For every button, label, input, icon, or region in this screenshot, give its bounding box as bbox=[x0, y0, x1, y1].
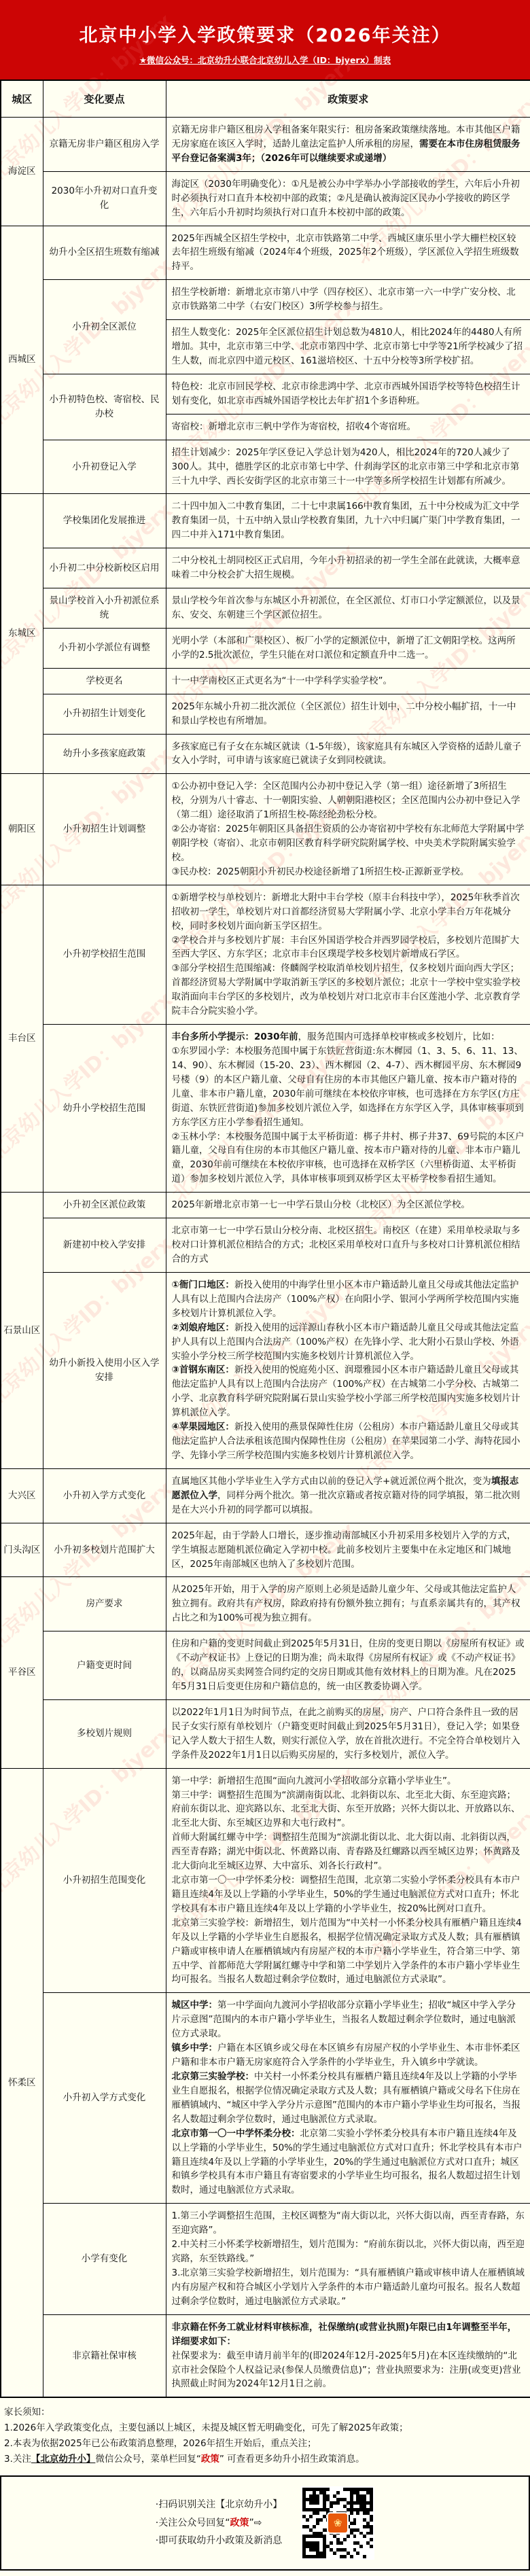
change-point-cell: 小升初二中分校新校区启用 bbox=[43, 548, 166, 588]
note-item: 2.本表为依据2025年已公布政策消息整理，2026年招生开始后，重点关注； bbox=[4, 2436, 526, 2452]
change-point-cell: 小升初招生计划变化 bbox=[43, 694, 166, 734]
change-point-cell: 小升初特色校、寄宿校、民办校 bbox=[43, 374, 166, 440]
district-cell: 西城区 bbox=[1, 226, 43, 494]
table-row: 小升初二中分校新校区启用二中分校礼士胡同校区正式启用，今年小升初招录的初一学生全… bbox=[1, 548, 530, 588]
table-row: 幼升小学校招生范围丰台多所小学提示：2030年前，服务范围内可选择单校审核或多校… bbox=[1, 1025, 530, 1193]
policy-cell: 景山学校今年首次参与东城区小升初派位，在全区派位、灯市口小学定额派位，以及景东、… bbox=[166, 588, 530, 629]
text-segment: 【北京幼升小】 bbox=[31, 2454, 96, 2465]
note-item: 3.关注【北京幼升小】微信公众号，菜单栏回复“政策” 可查看更多幼升小招生政策消… bbox=[4, 2452, 526, 2467]
change-point-cell: 2030年小升初对口直升变化 bbox=[43, 171, 166, 226]
table-row: 小升初招生计划变化2025年东城小升初二批次派位（全区派位）招生计划中，二中分校… bbox=[1, 694, 530, 734]
change-point-cell: 小升初招生计划调整 bbox=[43, 774, 166, 885]
policy-cell: 二中分校礼士胡同校区正式启用，今年小升初招录的初一学生全部在此就读，大概率意味着… bbox=[166, 548, 530, 588]
policy-cell: 招生计划减少：2025年学区登记入学总计划为420人，相比2024年的720人减… bbox=[166, 440, 530, 494]
policy-cell: 二十四中加入二中教育集团，二十七中隶属166中教育集团，五十中分校成为汇文中学教… bbox=[166, 494, 530, 548]
text-segment: ①新增学校与单校划片：新增北大附中丰台学校（原丰台科技中学），2025年秋季首次… bbox=[172, 892, 520, 1017]
text-segment: 北京市第一〇一中学怀柔分校： bbox=[172, 2128, 300, 2139]
text-segment: 城区中学： bbox=[172, 2000, 218, 2011]
policy-cell: 2025年新增北京市第一七一中学石景山分校（北校区）为全区派位学校。 bbox=[166, 1193, 530, 1218]
notes-heading: 家长须知： bbox=[4, 2405, 526, 2420]
table-row: 非京籍社保审核非京籍在怀务工就业材料审核标准，社保缴纳(或营业执照)年限已由1年… bbox=[1, 2314, 530, 2397]
policy-cell: 从2025年开始，用于入学的房产原则上必须是适龄儿童少年、父母或其他法定监护人独… bbox=[166, 1577, 530, 1631]
change-point-cell: 小升初多校划片范围扩大 bbox=[43, 1523, 166, 1577]
text-segment: 以2022年1月1日为时间节点，在此之前购买的房屋，房产、户口符合条件且一致的居… bbox=[172, 1707, 520, 1761]
page-title: 北京中小学入学政策要求（2026年关注） bbox=[7, 20, 523, 47]
text-segment: ·扫码识别关注【北京幼升小】 bbox=[156, 2499, 282, 2510]
change-point-cell: 户籍变更时间 bbox=[43, 1631, 166, 1700]
text-segment: 从2025年开始，用于入学的房产原则上必须是适龄儿童少年、父母或其他法定监护人独… bbox=[172, 1584, 520, 1623]
table-row: 多校划片规则以2022年1月1日为时间节点，在此之前购买的房屋，房产、户口符合条… bbox=[1, 1699, 530, 1768]
policy-cell: 第一中学：新增招生范围“面向九渡河小学招收部分京籍小学毕业生”。 第三中学：调整… bbox=[166, 1768, 530, 1993]
district-cell: 门头沟区 bbox=[1, 1523, 43, 1577]
change-point-cell: 幼升小全区招生班数有缩减 bbox=[43, 226, 166, 280]
text-segment: ” 可查看更多幼升小招生政策消息。 bbox=[219, 2454, 365, 2465]
title-banner: 北京中小学入学政策要求（2026年关注） ★微信公众号：北京幼升小联合北京幼儿入… bbox=[0, 0, 530, 80]
text-segment: 社保要求为：截至申请月前半年的(即2024年12月-2025年5月)在本区连续缴… bbox=[172, 2350, 521, 2390]
change-point-cell: 非京籍社保审核 bbox=[43, 2314, 166, 2397]
text-segment: 3.关注 bbox=[4, 2454, 31, 2465]
text-segment: 1.2026年入学政策变化点，主要包涵以上城区，未提及城区暂无明确变化，可先了解… bbox=[4, 2422, 408, 2433]
text-segment: ，同样分两个批次。第一批次京籍或者按京籍对待的同学填报，第二批次则是在大兴小升初… bbox=[172, 1490, 520, 1515]
text-segment: 海淀区（2030年明确变化）：①凡是被公办中学举办小学部接收的学生，六年后小升初… bbox=[172, 179, 520, 218]
table-row: 景山学校首入小升初派位系统景山学校今年首次参与东城区小升初派位，在全区派位、灯市… bbox=[1, 588, 530, 629]
policy-cell: 北京市第一七一中学石景山分校分南、北校区招生。南校区（在建）采用单校录取与多校对… bbox=[166, 1218, 530, 1273]
policy-cell: 以2022年1月1日为时间节点，在此之前购买的房屋，房产、户口符合条件且一致的居… bbox=[166, 1699, 530, 1768]
text-segment: 十一中学南校区正式更名为“十一中学科学实验学校”。 bbox=[172, 675, 393, 686]
policy-cell: 2025年东城小升初二批次派位（全区派位）招生计划中，二中分校小幅扩招，十一中和… bbox=[166, 694, 530, 734]
text-segment: 招生人数变化：2025年全区派位招生计划总数为4810人，相比2024年的448… bbox=[172, 327, 523, 366]
table-row: 小升初小学派位有调整光明小学（本部和广渠校区）、板厂小学的定额派位中，新增了汇文… bbox=[1, 628, 530, 668]
text-segment: 二十四中加入二中教育集团，二十七中隶属166中教育集团，五十中分校成为汇文中学教… bbox=[172, 501, 520, 540]
change-point-cell: 幼升小学校招生范围 bbox=[43, 1025, 166, 1193]
table-row: 户籍变更时间住房和户籍的变更时间截止到2025年5月31日，住房的变更日期以《房… bbox=[1, 1631, 530, 1700]
district-cell: 石景山区 bbox=[1, 1193, 43, 1469]
footer-line: ·扫码识别关注【北京幼升小】 bbox=[156, 2496, 282, 2514]
change-point-cell: 房产要求 bbox=[43, 1577, 166, 1631]
text-segment: ③首钢东南区： bbox=[172, 1364, 234, 1375]
policy-cell: 1.第三小学调整招生范围，主校区调整为“南大街以北，兴怀大街以南，西至青春路，东… bbox=[166, 2204, 530, 2314]
note-item: 1.2026年入学政策变化点，主要包涵以上城区，未提及城区暂无明确变化，可先了解… bbox=[4, 2420, 526, 2436]
table-header-row: 城区 变化要点 政策要求 bbox=[1, 80, 530, 118]
change-point-cell: 小升初入学方式变化 bbox=[43, 1468, 166, 1523]
district-cell: 平谷区 bbox=[1, 1577, 43, 1768]
text-segment: 镇乡中学： bbox=[172, 2043, 218, 2053]
policy-cell: 2025年西城全区招生学校中，北京市铁路第二中学、西城区康乐里小学大栅栏校区较去… bbox=[166, 226, 530, 280]
policy-cell: ①衙门口地区：新投入使用的中海学仕里小区本市户籍适龄儿童且父母或其他法定监护人具… bbox=[166, 1272, 530, 1468]
change-point-cell: 小升初登记入学 bbox=[43, 440, 166, 494]
text-segment: 第一中学：新增招生范围“面向九渡河小学招收部分京籍小学毕业生”。 第三中学：调整… bbox=[172, 1776, 522, 1986]
text-segment: 北京第三实验学校： bbox=[172, 2071, 255, 2082]
text-segment: 多孩家庭已有子女在东城区就读（1-5年级），该家庭具有东城区入学资格的适龄儿童子… bbox=[172, 741, 522, 766]
policy-cell: 多孩家庭已有子女在东城区就读（1-5年级），该家庭具有东城区入学资格的适龄儿童子… bbox=[166, 734, 530, 774]
footer-line: ·关注公众号回复“政策”⇨ bbox=[156, 2514, 282, 2533]
text-segment: 微信公众号，菜单栏回复“ bbox=[95, 2454, 201, 2465]
change-point-cell: 幼升小新投入使用小区入学安排 bbox=[43, 1272, 166, 1468]
text-segment: ②刘娘府地区： bbox=[172, 1322, 234, 1333]
text-segment: 2025年西城全区招生学校中，北京市铁路第二中学、西城区康乐里小学大栅栏校区较去… bbox=[172, 233, 519, 272]
table-row: 平谷区房产要求从2025年开始，用于入学的房产原则上必须是适龄儿童少年、父母或其… bbox=[1, 1577, 530, 1631]
change-point-cell: 小升初全区派位政策 bbox=[43, 1193, 166, 1218]
policy-cell: 京籍无房非户籍区租房入学租备案年限实行：租房备案政策继续落地。本市其他区户籍无房… bbox=[166, 118, 530, 172]
parent-notes: 家长须知： 1.2026年入学政策变化点，主要包涵以上城区，未提及城区暂无明确变… bbox=[0, 2398, 530, 2475]
qr-center-logo: ❀ bbox=[327, 2512, 349, 2534]
policy-cell: ①公办初中登记入学：全区范围内公办初中登记入学（第一组）途径新增了3所招生校，分… bbox=[166, 774, 530, 885]
district-cell: 怀柔区 bbox=[1, 1768, 43, 2397]
policy-cell: 海淀区（2030年明确变化）：①凡是被公办中学举办小学部接收的学生，六年后小升初… bbox=[166, 171, 530, 226]
policy-cell: 非京籍在怀务工就业材料审核标准，社保缴纳(或营业执照)年限已由1年调整至半年，详… bbox=[166, 2314, 530, 2397]
district-cell: 东城区 bbox=[1, 494, 43, 774]
district-cell: 朝阳区 bbox=[1, 774, 43, 885]
text-segment: 光明小学（本部和广渠校区）、板厂小学的定额派位中，新增了汇文朝阳学校。这两所小学… bbox=[172, 635, 516, 660]
footer-text: ·扫码识别关注【北京幼升小】·关注公众号回复“政策”⇨·即可获取幼升小政策及新消… bbox=[156, 2496, 282, 2550]
text-segment: 政策 bbox=[201, 2454, 219, 2465]
qr-module bbox=[370, 2555, 373, 2558]
change-point-cell: 学校更名 bbox=[43, 668, 166, 694]
text-segment: 住房和户籍的变更时间截止到2025年5月31日，住房的变更日期以《房屋所有权证》… bbox=[172, 1638, 525, 1692]
change-point-cell: 小学有变化 bbox=[43, 2204, 166, 2314]
change-point-cell: 小升初招生范围变化 bbox=[43, 1768, 166, 1993]
policy-table: 城区 变化要点 政策要求 海淀区京籍无房非户籍区租房入学京籍无房非户籍区租房入学… bbox=[0, 80, 530, 2398]
change-point-cell: 小升初学校招生范围 bbox=[43, 885, 166, 1024]
policy-cell: 特色校：北京市回民学校、北京市徐悲鸿中学、北京市西城外国语学校等特色校招生计划有… bbox=[166, 374, 530, 414]
text-segment: ·关注公众号回复“ bbox=[156, 2518, 230, 2528]
footer-box: ·扫码识别关注【北京幼升小】·关注公众号回复“政策”⇨·即可获取幼升小政策及新消… bbox=[0, 2475, 530, 2571]
change-point-cell: 小升初全区派位 bbox=[43, 280, 166, 374]
change-point-cell: 多校划片规则 bbox=[43, 1699, 166, 1768]
column-header-policy: 政策要求 bbox=[166, 80, 530, 118]
change-point-cell: 京籍无房非户籍区租房入学 bbox=[43, 118, 166, 172]
table-row: 新建初中校入学安排北京市第一七一中学石景山分校分南、北校区招生。南校区（在建）采… bbox=[1, 1218, 530, 1273]
column-header-change: 变化要点 bbox=[43, 80, 166, 118]
district-cell: 丰台区 bbox=[1, 885, 43, 1192]
text-segment: ④苹果园地区： bbox=[172, 1422, 234, 1432]
text-segment: 2025年新增北京市第一七一中学石景山分校（北校区）为全区派位学校。 bbox=[172, 1199, 470, 1210]
policy-cell: 招生学校新增：新增北京市第八中学（四存校区）、北京市第一六一中学广安分校、北京市… bbox=[166, 280, 530, 320]
text-segment: 第一中学面向九渡河小学招收部分京籍小学毕业生；招收“城区中学入学分片示意图”范围… bbox=[172, 2000, 516, 2039]
policy-cell: 光明小学（本部和广渠校区）、板厂小学的定额派位中，新增了汇文朝阳学校。这两所小学… bbox=[166, 628, 530, 668]
table-row: 海淀区京籍无房非户籍区租房入学京籍无房非户籍区租房入学租备案年限实行：租房备案政… bbox=[1, 118, 530, 172]
text-segment: 寄宿校：新增北京市三帆中学作为寄宿校，招收4个寄宿班。 bbox=[172, 421, 417, 432]
table-row: 朝阳区小升初招生计划调整①公办初中登记入学：全区范围内公办初中登记入学（第一组）… bbox=[1, 774, 530, 885]
change-point-cell: 学校集团化发展推进 bbox=[43, 494, 166, 548]
table-row: 石景山区小升初全区派位政策2025年新增北京市第一七一中学石景山分校（北校区）为… bbox=[1, 1193, 530, 1218]
table-row: 小学有变化1.第三小学调整招生范围，主校区调整为“南大街以北，兴怀大街以南，西至… bbox=[1, 2204, 530, 2314]
policy-cell: 十一中学南校区正式更名为“十一中学科学实验学校”。 bbox=[166, 668, 530, 694]
text-segment: 非京籍在怀务工就业材料审核标准，社保缴纳(或营业执照)年限已由1年调整至半年，详… bbox=[172, 2322, 517, 2347]
text-segment: 1.第三小学调整招生范围，主校区调整为“南大街以北，兴怀大街以南，西至青春路，东… bbox=[172, 2210, 525, 2307]
policy-cell: 丰台多所小学提示：2030年前，服务范围内可选择单校审核或多校划片，比如： ①东… bbox=[166, 1025, 530, 1193]
text-segment: 户籍在本区镇乡或父母在本区镇乡有房屋产权的小学毕业生、本市非怀柔区户籍和非本市户… bbox=[172, 2043, 520, 2068]
text-segment: 政策 bbox=[230, 2518, 249, 2528]
text-segment: 2025年起，由于学龄人口增长，逐步推动南部城区小升初采用多校划片入学的方式，学… bbox=[172, 1530, 516, 1570]
policy-cell: 招生人数变化：2025年全区派位招生计划总数为4810人，相比2024年的448… bbox=[166, 320, 530, 374]
footer-line: ·即可获取幼升小政策及新消息 bbox=[156, 2532, 282, 2550]
policy-cell: 城区中学：第一中学面向九渡河小学招收部分京籍小学毕业生；招收“城区中学入学分片示… bbox=[166, 1993, 530, 2204]
table-row: 小升初入学方式变化城区中学：第一中学面向九渡河小学招收部分京籍小学毕业生；招收“… bbox=[1, 1993, 530, 2204]
table-row: 大兴区小升初入学方式变化直属地区其他小学毕业生入学方式由以前的登记入学+就近派位… bbox=[1, 1468, 530, 1523]
policy-cell: 寄宿校：新增北京市三帆中学作为寄宿校，招收4个寄宿班。 bbox=[166, 414, 530, 440]
policy-cell: ①新增学校与单校划片：新增北大附中丰台学校（原丰台科技中学），2025年秋季首次… bbox=[166, 885, 530, 1024]
district-cell: 大兴区 bbox=[1, 1468, 43, 1523]
page-subtitle: ★微信公众号：北京幼升小联合北京幼儿入学（ID：bjyerx）制表 bbox=[7, 54, 523, 66]
text-segment: 景山学校今年首次参与东城区小升初派位，在全区派位、灯市口小学定额派位，以及景东、… bbox=[172, 595, 520, 620]
text-segment: 直属地区其他小学毕业生入学方式由以前的登记入学+就近派位两个批次，变为 bbox=[172, 1476, 491, 1487]
table-row: 幼升小多孩家庭政策多孩家庭已有子女在东城区就读（1-5年级），该家庭具有东城区入… bbox=[1, 734, 530, 774]
change-point-cell: 景山学校首入小升初派位系统 bbox=[43, 588, 166, 629]
policy-sheet: 北京幼儿入学ID：bjyerx北京幼儿入学ID：bjyerx北京幼儿入学ID：b… bbox=[0, 0, 530, 2576]
policy-cell: 2025年起，由于学龄人口增长，逐步推动南部城区小升初采用多校划片入学的方式，学… bbox=[166, 1523, 530, 1577]
policy-cell: 直属地区其他小学毕业生入学方式由以前的登记入学+就近派位两个批次，变为填报志愿派… bbox=[166, 1468, 530, 1523]
change-point-cell: 幼升小多孩家庭政策 bbox=[43, 734, 166, 774]
text-segment: 招生计划减少：2025年学区登记入学总计划为420人，相比2024年的720人减… bbox=[172, 447, 520, 487]
text-segment: 2.本表为依据2025年已公布政策消息整理，2026年招生开始后，重点关注； bbox=[4, 2438, 317, 2449]
table-row: 小升初登记入学招生计划减少：2025年学区登记入学总计划为420人，相比2024… bbox=[1, 440, 530, 494]
text-segment: 招生学校新增：新增北京市第八中学（四存校区）、北京市第一六一中学广安分校、北京市… bbox=[172, 287, 516, 312]
text-segment: ①衙门口地区： bbox=[172, 1280, 234, 1290]
text-segment: 特色校：北京市回民学校、北京市徐悲鸿中学、北京市西城外国语学校等特色校招生计划有… bbox=[172, 381, 520, 406]
table-row: 怀柔区小升初招生范围变化第一中学：新增招生范围“面向九渡河小学招收部分京籍小学毕… bbox=[1, 1768, 530, 1993]
text-segment: 丰台多所小学提示：2030年前 bbox=[172, 1031, 298, 1042]
text-segment: ·即可获取幼升小政策及新消息 bbox=[156, 2535, 282, 2546]
change-point-cell: 小升初小学派位有调整 bbox=[43, 628, 166, 668]
text-segment: ”⇨ bbox=[249, 2518, 262, 2528]
text-segment: 二中分校礼士胡同校区正式启用，今年小升初招录的初一学生全部在此就读，大概率意味着… bbox=[172, 555, 520, 580]
change-point-cell: 小升初入学方式变化 bbox=[43, 1993, 166, 2204]
table-row: 小升初特色校、寄宿校、民办校特色校：北京市回民学校、北京市徐悲鸿中学、北京市西城… bbox=[1, 374, 530, 414]
table-row: 门头沟区小升初多校划片范围扩大2025年起，由于学龄人口增长，逐步推动南部城区小… bbox=[1, 1523, 530, 1577]
text-segment: ，服务范围内可选择单校审核或多校划片，比如： ①东罗园小学：本校服务范围中属于东… bbox=[172, 1031, 525, 1184]
table-row: 幼升小新投入使用小区入学安排①衙门口地区：新投入使用的中海学仕里小区本市户籍适龄… bbox=[1, 1272, 530, 1468]
change-point-cell: 新建初中校入学安排 bbox=[43, 1218, 166, 1273]
qr-code: ❀ bbox=[301, 2486, 374, 2560]
district-cell: 海淀区 bbox=[1, 118, 43, 226]
table-row: 小升初全区派位招生学校新增：新增北京市第八中学（四存校区）、北京市第一六一中学广… bbox=[1, 280, 530, 320]
column-header-district: 城区 bbox=[1, 80, 43, 118]
table-row: 学校更名十一中学南校区正式更名为“十一中学科学实验学校”。 bbox=[1, 668, 530, 694]
table-row: 东城区学校集团化发展推进二十四中加入二中教育集团，二十七中隶属166中教育集团，… bbox=[1, 494, 530, 548]
table-row: 西城区幼升小全区招生班数有缩减2025年西城全区招生学校中，北京市铁路第二中学、… bbox=[1, 226, 530, 280]
text-segment: 北京市第一七一中学石景山分校分南、北校区招生。南校区（在建）采用单校录取与多校对… bbox=[172, 1225, 520, 1265]
table-row: 2030年小升初对口直升变化海淀区（2030年明确变化）：①凡是被公办中学举办小… bbox=[1, 171, 530, 226]
text-segment: 2025年东城小升初二批次派位（全区派位）招生计划中，二中分校小幅扩招，十一中和… bbox=[172, 701, 516, 726]
policy-cell: 住房和户籍的变更时间截止到2025年5月31日，住房的变更日期以《房屋所有权证》… bbox=[166, 1631, 530, 1700]
table-row: 丰台区小升初学校招生范围①新增学校与单校划片：新增北大附中丰台学校（原丰台科技中… bbox=[1, 885, 530, 1024]
text-segment: ①公办初中登记入学：全区范围内公办初中登记入学（第一组）途径新增了3所招生校，分… bbox=[172, 781, 525, 877]
